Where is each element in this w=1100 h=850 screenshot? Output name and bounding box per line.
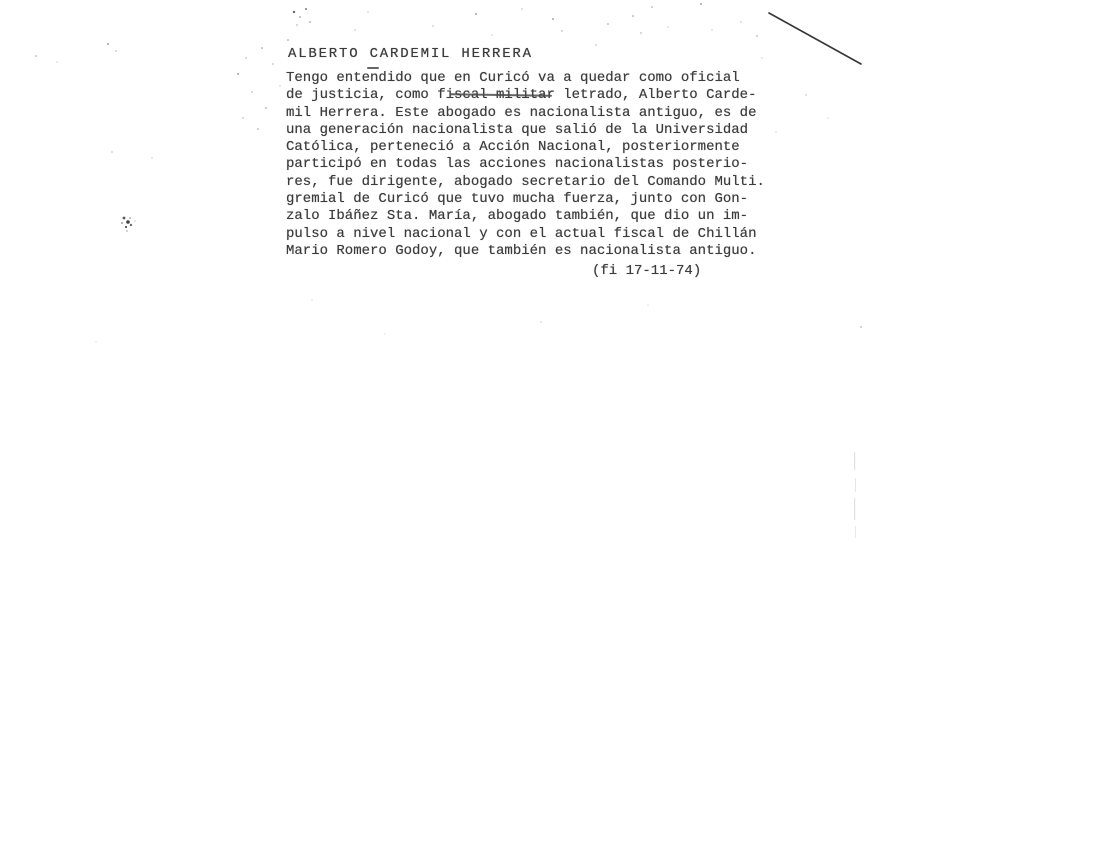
- title-underline-mark: [367, 67, 379, 69]
- scan-artifact-line: [854, 452, 856, 538]
- document-body: Tengo entendido que en Curicó va a queda…: [286, 70, 765, 260]
- scanned-document-page: ALBERTO CARDEMIL HERRERA Tengo entendido…: [0, 0, 1100, 850]
- date-note: (fi 17-11-74): [592, 263, 701, 280]
- ink-smudge: [121, 217, 135, 232]
- document-title: ALBERTO CARDEMIL HERRERA: [288, 46, 533, 62]
- pen-stroke-mark: [769, 13, 861, 64]
